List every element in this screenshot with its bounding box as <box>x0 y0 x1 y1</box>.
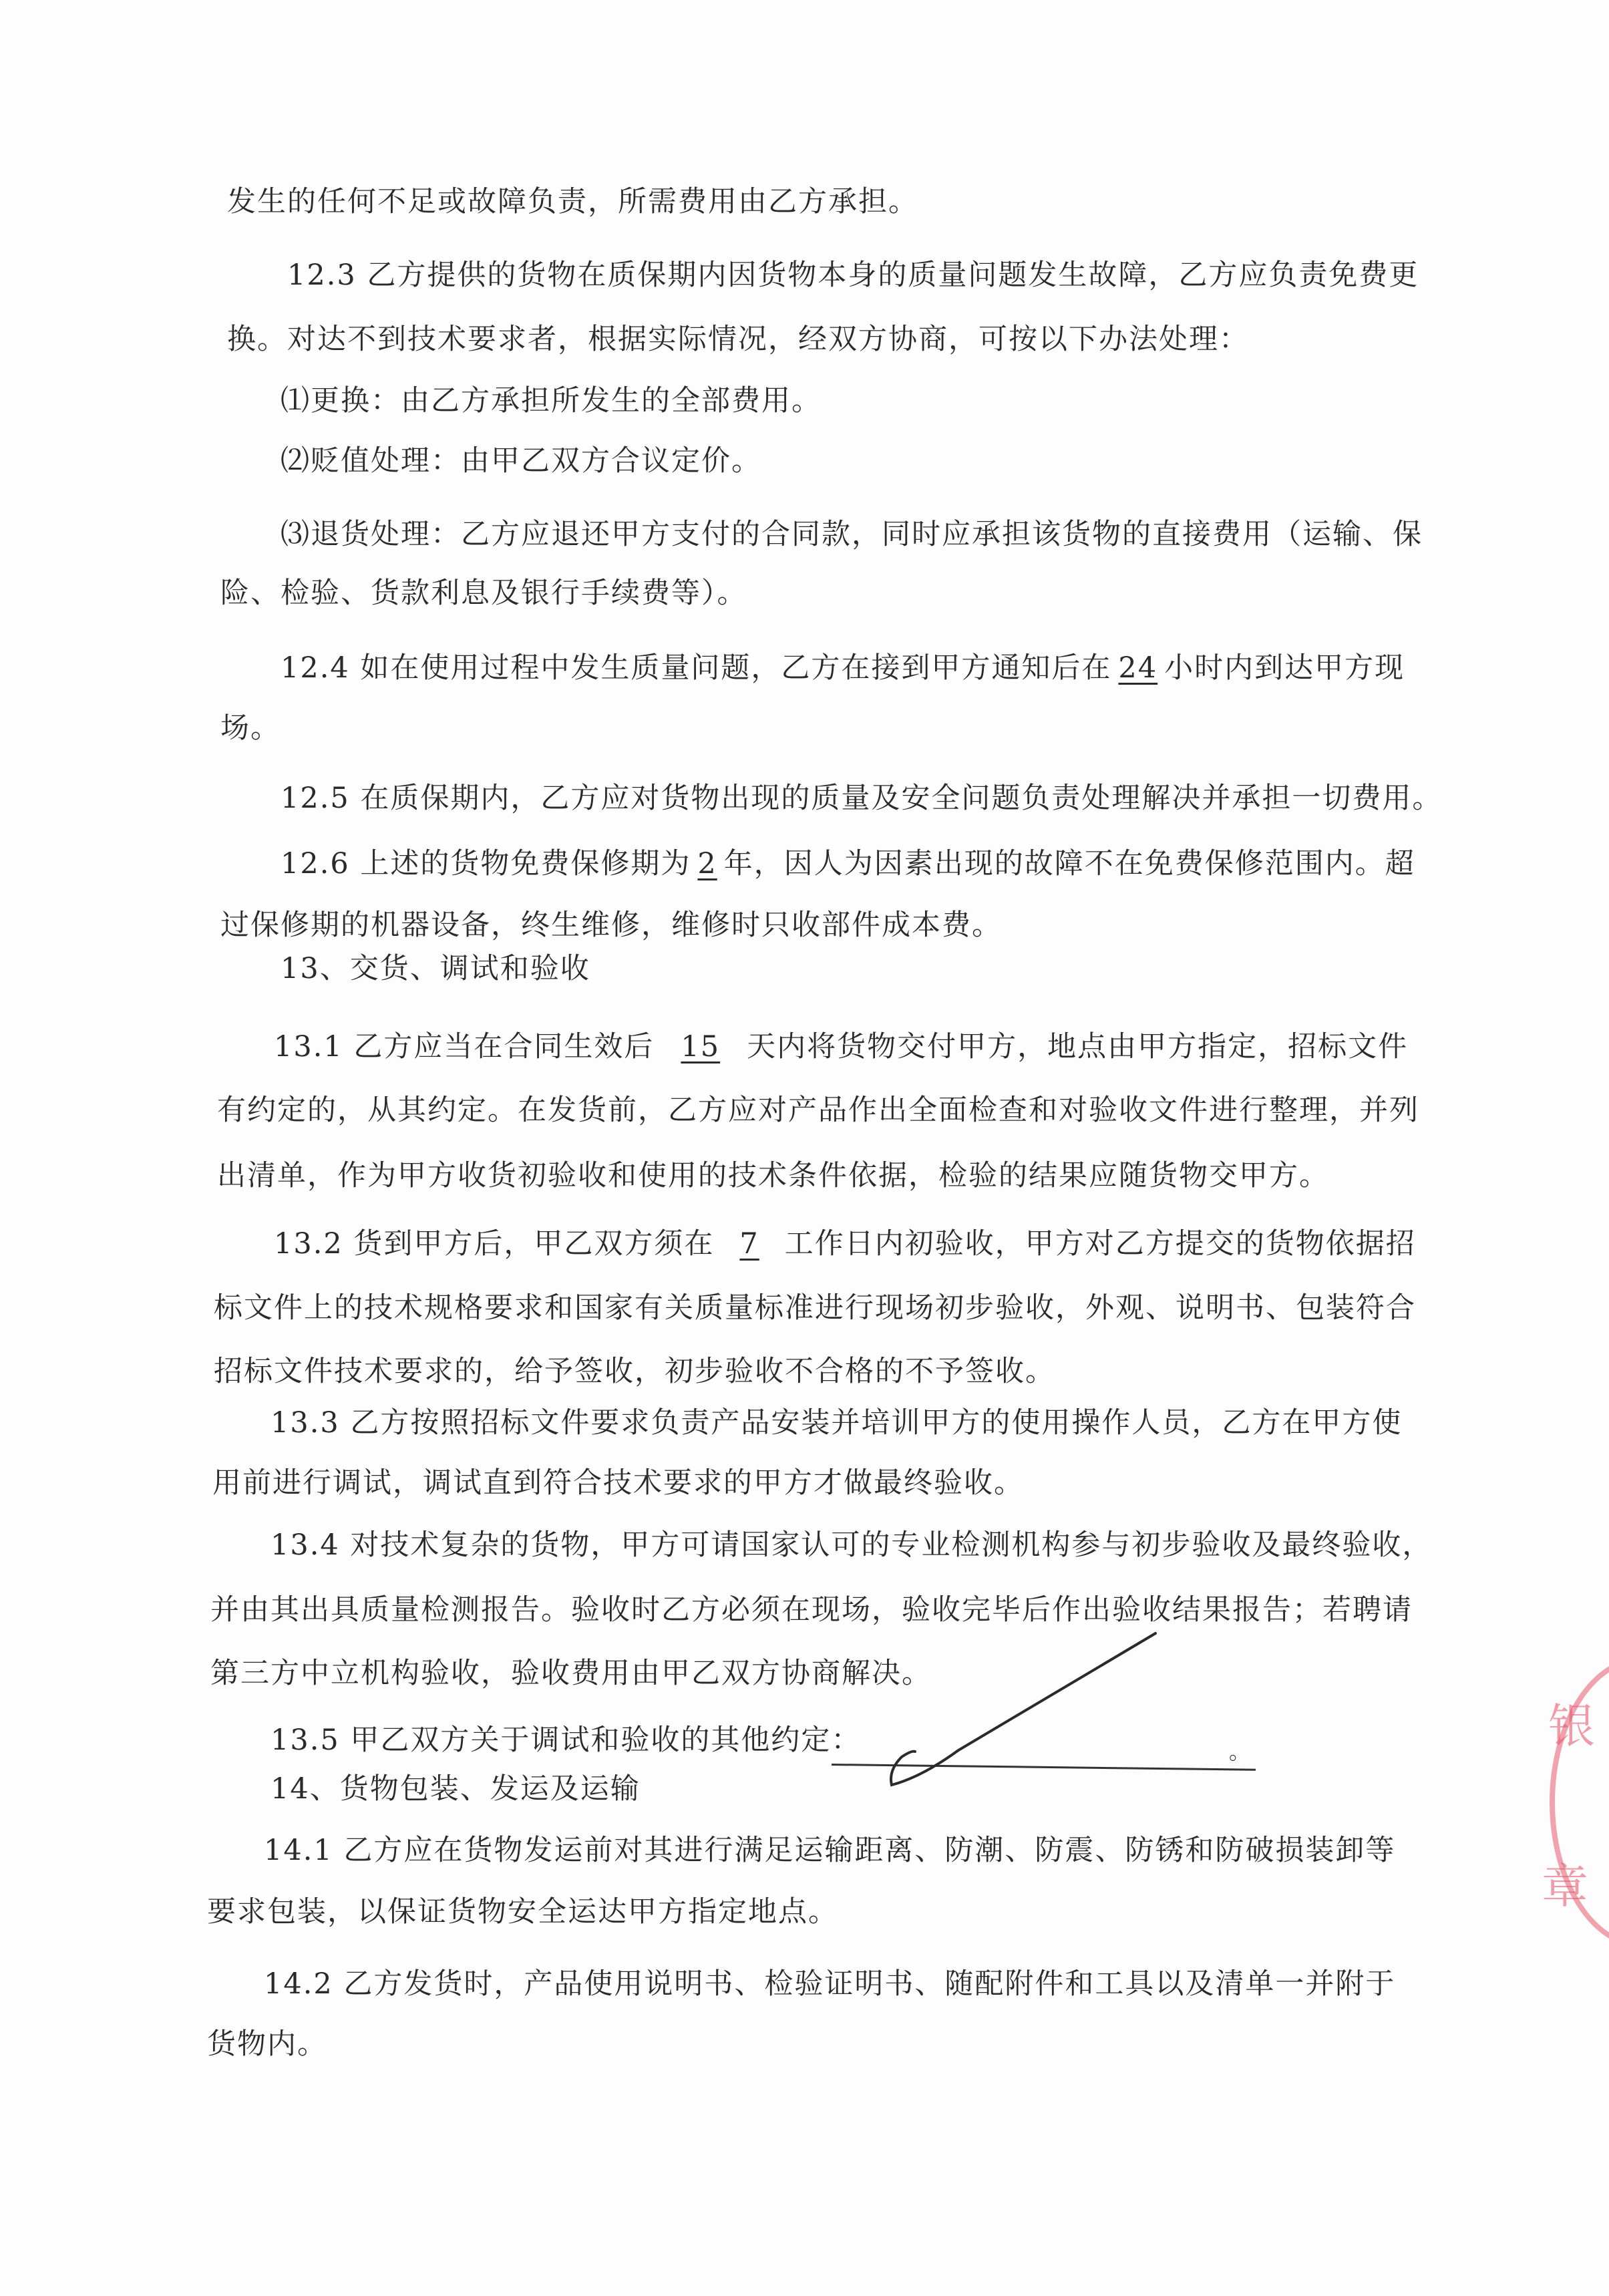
text-line: 要求包装，以保证货物安全运达甲方指定地点。 <box>207 1892 838 1932</box>
clause-text: 工作日内初验收，甲方对乙方提交的货物依据招 <box>785 1227 1416 1261</box>
text-line: 并由其出具质量检测报告。验收时乙方必须在现场，验收完毕后作出验收结果报告；若聘请 <box>210 1590 1413 1630</box>
text-line: 出清单，作为甲方收货初验收和使用的技术条件依据，检验的结果应随货物交甲方。 <box>217 1156 1329 1196</box>
blank-fill-line <box>832 1764 1256 1771</box>
fill-in-workdays: 7 <box>714 1227 784 1261</box>
text-line: 第三方中立机构验收，验收费用由甲乙双方协商解决。 <box>210 1653 932 1693</box>
clause-13-4: 13.4 对技术复杂的货物，甲方可请国家认可的专业检测机构参与初步验收及最终验收… <box>271 1525 1432 1565</box>
contract-page: 发生的任何不足或故障负责，所需费用由乙方承担。 12.3 乙方提供的货物在质保期… <box>0 0 1609 2296</box>
text-line: 过保修期的机器设备，终生维修，维修时只收部件成本费。 <box>220 905 1002 945</box>
text-line: 标文件上的技术规格要求和国家有关质量标准进行现场初步验收，外观、说明书、包装符合 <box>214 1288 1416 1328</box>
fill-in-years: 2 <box>691 847 723 880</box>
text-line: 发生的任何不足或故障负责，所需费用由乙方承担。 <box>227 182 918 222</box>
clause-12-5: 12.5 在质保期内，乙方应对货物出现的质量及安全问题负责处理解决并承担一切费用… <box>281 778 1442 818</box>
clause-text: 年，因人为因素出现的故障不在免费保修范围内。超 <box>724 847 1415 880</box>
clause-text: 12.6 上述的货物免费保修期为 <box>281 847 691 880</box>
clause-13-3: 13.3 乙方按照招标文件要求负责产品安装并培训甲方的使用操作人员，乙方在甲方使 <box>271 1403 1402 1443</box>
option-return: ⑶退货处理：乙方应退还甲方支付的合同款，同时应承担该货物的直接费用（运输、保 <box>281 514 1423 554</box>
clause-12-3: 12.3 乙方提供的货物在质保期内因货物本身的质量问题发生故障，乙方应负责免费更 <box>287 255 1419 295</box>
fill-in-hours: 24 <box>1111 651 1164 685</box>
text-line: 用前进行调试，调试直到符合技术要求的甲方才做最终验收。 <box>212 1463 1024 1503</box>
stamp-char: 银 <box>1548 1689 1595 1756</box>
option-replace: ⑴更换：由乙方承担所发生的全部费用。 <box>281 381 822 421</box>
clause-13-2: 13.2 货到甲方后，甲乙双方须在7工作日内初验收，甲方对乙方提交的货物依据招 <box>274 1224 1416 1264</box>
clause-text: 13.1 乙方应当在合同生效后 <box>274 1030 654 1063</box>
clause-text: 天内将货物交付甲方，地点由甲方指定，招标文件 <box>747 1030 1408 1063</box>
clause-text: 13.2 货到甲方后，甲乙双方须在 <box>274 1227 714 1261</box>
red-seal-stamp: 银 章 <box>1550 1657 1609 1948</box>
fill-in-days: 15 <box>654 1030 747 1063</box>
stamp-char: 章 <box>1542 1849 1588 1917</box>
clause-text: 12.4 如在使用过程中发生质量问题，乙方在接到甲方通知后在 <box>281 651 1111 685</box>
clause-12-6: 12.6 上述的货物免费保修期为2年，因人为因素出现的故障不在免费保修范围内。超 <box>281 844 1415 884</box>
clause-text: 小时内到达甲方现 <box>1164 651 1405 685</box>
text-line: 场。 <box>220 708 281 748</box>
text-line: 招标文件技术要求的，给予签收，初步验收不合格的不予签收。 <box>214 1351 1055 1391</box>
text-line: 货物内。 <box>207 2024 327 2064</box>
text-line: 换。对达不到技术要求者，根据实际情况，经双方协商，可按以下办法处理： <box>227 319 1249 359</box>
clause-14-1: 14.1 乙方应在货物发运前对其进行满足运输距离、防潮、防震、防锈和防破损装卸等 <box>264 1830 1395 1870</box>
clause-13-5: 13.5 甲乙双方关于调试和验收的其他约定： <box>271 1720 861 1760</box>
blank-end-mark: 。 <box>1229 1732 1252 1772</box>
clause-12-4: 12.4 如在使用过程中发生质量问题，乙方在接到甲方通知后在24小时内到达甲方现 <box>281 648 1405 688</box>
clause-13-1: 13.1 乙方应当在合同生效后15天内将货物交付甲方，地点由甲方指定，招标文件 <box>274 1027 1408 1067</box>
text-line: 险、检验、货款利息及银行手续费等）。 <box>220 573 747 613</box>
clause-14-2: 14.2 乙方发货时，产品使用说明书、检验证明书、随配附件和工具以及清单一并附于 <box>264 1964 1395 2004</box>
text-line: 有约定的，从其约定。在发货前，乙方应对产品作出全面检查和对验收文件进行整理，并列 <box>217 1090 1419 1130</box>
section-heading-13: 13、交货、调试和验收 <box>281 949 590 989</box>
option-depreciate: ⑵贬值处理：由甲乙双方合议定价。 <box>281 441 761 481</box>
section-heading-14: 14、货物包装、发运及运输 <box>271 1769 641 1809</box>
